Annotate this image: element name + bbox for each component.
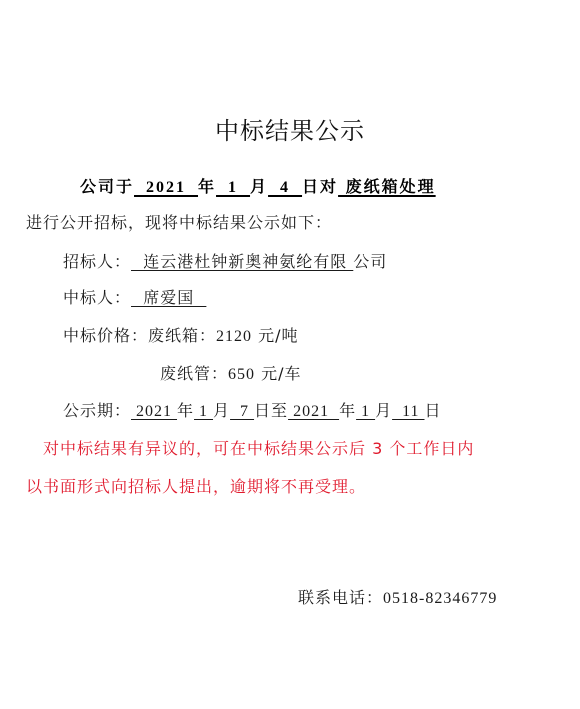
- period-label: 公示期：: [63, 401, 131, 420]
- price-item-name: 废纸箱：: [148, 326, 216, 345]
- winner-value: 席爱国: [131, 288, 206, 307]
- price-label: 中标价格：: [63, 326, 148, 345]
- contact-phone: 0518-82346779: [383, 590, 497, 607]
- period-end-year: 2021: [288, 403, 339, 420]
- intro-subject: 废纸箱处理: [338, 177, 436, 196]
- period-line: 公示期： 2021 年 1 月 7 日至 2021 年 1 月 11 日: [63, 401, 442, 422]
- contact-label: 联系电话：: [298, 588, 383, 607]
- price-line-2: 废纸管：650 元/车: [160, 364, 302, 385]
- intro-month: 1: [216, 179, 250, 196]
- intro-day: 4: [268, 179, 302, 196]
- period-start-day: 7: [230, 403, 254, 420]
- period-month-suffix: 月: [213, 401, 230, 420]
- intro-line: 公司于 2021 年 1 月 4 日对 废纸箱处理: [80, 177, 436, 198]
- price-item-unit: 元/车: [255, 364, 301, 383]
- period-month-suffix: 月: [375, 401, 392, 420]
- tenderer-value: 连云港杜钟新奥神氨纶有限: [131, 252, 353, 271]
- objection-notice-line-2: 以书面形式向招标人提出，逾期将不再受理。: [26, 477, 366, 497]
- period-year-suffix: 年: [177, 401, 194, 420]
- period-year-suffix: 年: [339, 401, 356, 420]
- contact-line: 联系电话：0518-82346779: [298, 588, 497, 609]
- winner-line: 中标人： 席爱国: [63, 288, 206, 308]
- intro-continued: 进行公开招标，现将中标结果公示如下：: [26, 213, 332, 233]
- tenderer-line: 招标人： 连云港杜钟新奥神氨纶有限 公司: [63, 252, 387, 272]
- intro-year: 2021: [134, 179, 198, 196]
- intro-day-suffix: 日对: [302, 177, 338, 196]
- objection-notice-line-1: 对中标结果有异议的，可在中标结果公示后 3 个工作日内: [43, 439, 474, 459]
- price-item-unit: 元/吨: [252, 326, 298, 345]
- intro-year-suffix: 年: [198, 177, 216, 196]
- period-end-month: 1: [356, 403, 375, 420]
- intro-month-suffix: 月: [250, 177, 268, 196]
- tenderer-label: 招标人：: [63, 252, 131, 271]
- period-day-suffix: 日: [425, 401, 442, 420]
- document-title: 中标结果公示: [0, 116, 580, 146]
- intro-prefix: 公司于: [80, 177, 134, 196]
- period-start-month: 1: [194, 403, 213, 420]
- price-line-1: 中标价格：废纸箱：2120 元/吨: [63, 326, 299, 347]
- period-end-day: 11: [392, 403, 424, 420]
- winner-label: 中标人：: [63, 288, 131, 307]
- price-item-amount: 650: [228, 366, 255, 383]
- tenderer-suffix: 公司: [353, 252, 387, 271]
- price-item-name: 废纸管：: [160, 364, 228, 383]
- period-start-year: 2021: [131, 403, 177, 420]
- price-item-amount: 2120: [216, 328, 252, 345]
- period-day-suffix: 日至: [254, 401, 288, 420]
